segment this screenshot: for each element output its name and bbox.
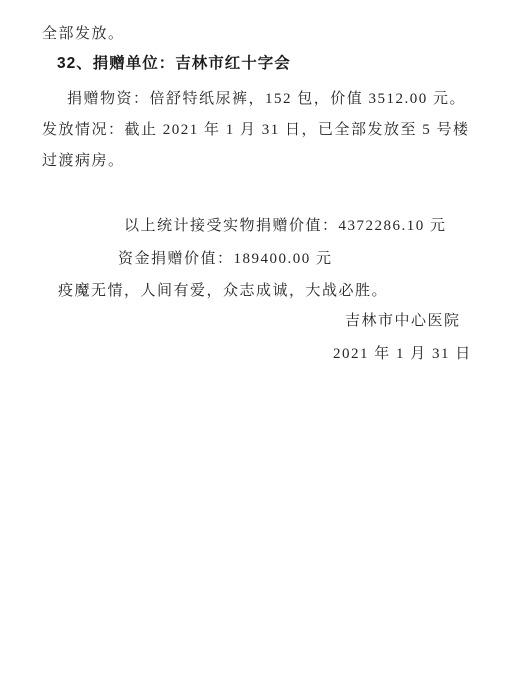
- distribution-status-line: 发放情况：截止 2021 年 1 月 31 日，已全部发放至 5 号楼: [42, 121, 470, 140]
- in-kind-donation-total-line: 以上统计接受实物捐赠价值：4372286.10 元: [124, 217, 447, 236]
- cash-donation-total-line: 资金捐赠价值：189400.00 元: [118, 250, 333, 269]
- signature-date: 2021 年 1 月 31 日: [333, 345, 472, 364]
- distribution-status-continuation-line: 过渡病房。: [42, 152, 125, 171]
- section-heading-donor-32: 32、捐赠单位：吉林市红十字会: [57, 54, 291, 73]
- document-page: 全部发放。 32、捐赠单位：吉林市红十字会 捐赠物资：倍舒特纸尿裤，152 包，…: [0, 0, 517, 674]
- slogan-line: 疫魔无情，人间有爱，众志成诚，大战必胜。: [58, 282, 388, 301]
- signature-organization: 吉林市中心医院: [345, 312, 461, 331]
- donated-goods-line: 捐赠物资：倍舒特纸尿裤，152 包，价值 3512.00 元。: [67, 90, 466, 109]
- paragraph-continuation-line: 全部发放。: [42, 25, 125, 44]
